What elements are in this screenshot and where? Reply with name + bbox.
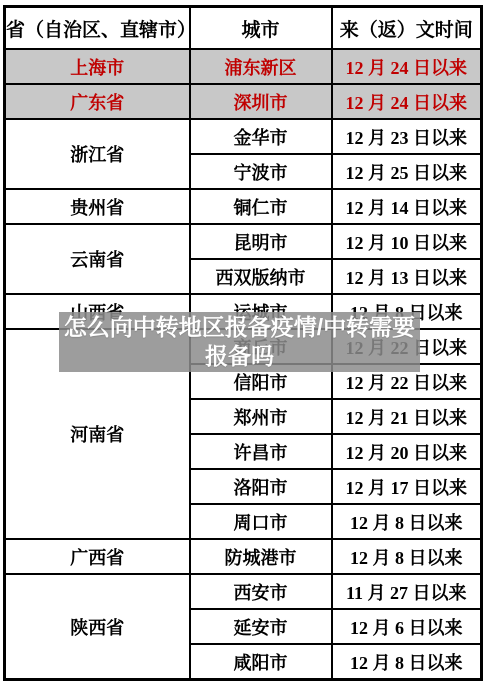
city-cell: 浦东新区 [190, 49, 332, 84]
table-header-row: 省（自治区、直辖市） 城市 来（返）文时间 [5, 7, 482, 50]
table-row: 上海市 浦东新区 12 月 24 日以来 [5, 49, 482, 84]
header-province: 省（自治区、直辖市） [5, 7, 190, 50]
city-cell: 咸阳市 [190, 644, 332, 680]
city-cell: 昆明市 [190, 224, 332, 259]
table-row: 浙江省 金华市 12 月 23 日以来 [5, 119, 482, 154]
watermark-line2: 报备吗 [205, 342, 274, 371]
city-cell: 许昌市 [190, 434, 332, 469]
city-cell: 西双版纳市 [190, 259, 332, 294]
table-row: 广东省 深圳市 12 月 24 日以来 [5, 84, 482, 119]
city-cell: 西安市 [190, 574, 332, 609]
province-cell: 云南省 [5, 224, 190, 294]
province-cell: 广西省 [5, 539, 190, 574]
city-cell: 郑州市 [190, 399, 332, 434]
city-cell: 洛阳市 [190, 469, 332, 504]
header-arrival-time: 来（返）文时间 [332, 7, 482, 50]
table-row: 陕西省 西安市 11 月 27 日以来 [5, 574, 482, 609]
province-cell: 广东省 [5, 84, 190, 119]
date-cell: 12 月 17 日以来 [332, 469, 482, 504]
city-cell: 金华市 [190, 119, 332, 154]
header-city: 城市 [190, 7, 332, 50]
date-cell: 11 月 27 日以来 [332, 574, 482, 609]
date-cell: 12 月 8 日以来 [332, 644, 482, 680]
city-cell: 周口市 [190, 504, 332, 539]
city-cell: 延安市 [190, 609, 332, 644]
table-row: 贵州省 铜仁市 12 月 14 日以来 [5, 189, 482, 224]
date-cell: 12 月 25 日以来 [332, 154, 482, 189]
city-cell: 铜仁市 [190, 189, 332, 224]
date-cell: 12 月 8 日以来 [332, 504, 482, 539]
city-cell: 防城港市 [190, 539, 332, 574]
date-cell: 12 月 10 日以来 [332, 224, 482, 259]
date-cell: 12 月 23 日以来 [332, 119, 482, 154]
watermark-overlay: 怎么向中转地区报备疫情/中转需要 报备吗 [59, 312, 420, 372]
date-cell: 12 月 13 日以来 [332, 259, 482, 294]
province-cell: 上海市 [5, 49, 190, 84]
date-cell: 12 月 24 日以来 [332, 84, 482, 119]
date-cell: 12 月 6 日以来 [332, 609, 482, 644]
province-cell: 贵州省 [5, 189, 190, 224]
page: { "colors": { "highlight_row_bg": "#c8c8… [0, 0, 484, 686]
date-cell: 12 月 24 日以来 [332, 49, 482, 84]
province-cell: 浙江省 [5, 119, 190, 189]
date-cell: 12 月 8 日以来 [332, 539, 482, 574]
city-cell: 深圳市 [190, 84, 332, 119]
date-cell: 12 月 21 日以来 [332, 399, 482, 434]
city-cell: 宁波市 [190, 154, 332, 189]
date-cell: 12 月 14 日以来 [332, 189, 482, 224]
table-row: 云南省 昆明市 12 月 10 日以来 [5, 224, 482, 259]
province-cell: 陕西省 [5, 574, 190, 680]
table-row: 广西省 防城港市 12 月 8 日以来 [5, 539, 482, 574]
watermark-line1: 怎么向中转地区报备疫情/中转需要 [64, 313, 415, 342]
date-cell: 12 月 20 日以来 [332, 434, 482, 469]
